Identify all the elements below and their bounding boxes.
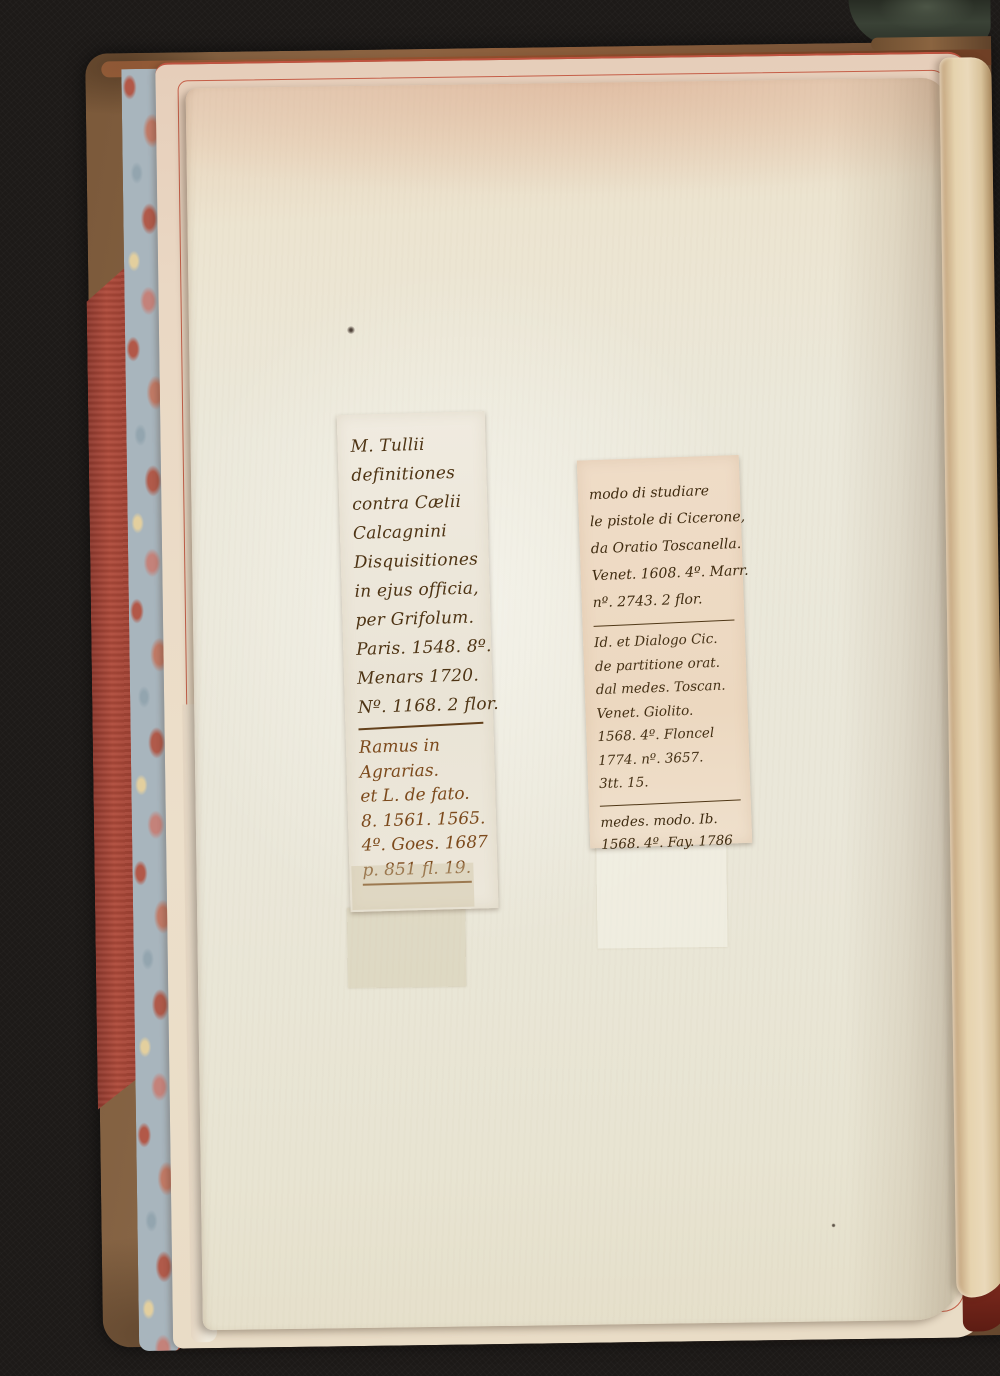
slip-text-line: Paris. 1548. 8º. <box>356 632 484 665</box>
slip-text-line: definitiones <box>351 458 479 491</box>
slip-text-line: in ejus officia, <box>354 574 482 607</box>
slip-text-line: nº. 2743. 2 flor. <box>592 585 736 617</box>
tape-residue-left <box>347 907 466 989</box>
catalog-slip-left: M. Tullii definitiones contra Cælii Calc… <box>337 411 499 912</box>
slip-text-line: Venet. 1608. 4º. Marr. <box>591 558 735 590</box>
slip-divider <box>594 620 735 627</box>
slip-text-line: per Grifolum. <box>355 603 483 636</box>
slip-text-line: contra Cælii <box>352 487 480 520</box>
tape-residue-on-slip <box>351 863 474 910</box>
slip-divider <box>358 722 483 731</box>
slip-text-line: Ramus in <box>359 732 487 760</box>
slip-text-line: et L. de fato. <box>360 781 488 809</box>
book: M. Tullii definitiones contra Cælii Calc… <box>0 0 1000 1376</box>
slip-entry: modo di studiare le pistole di Cicerone,… <box>589 477 737 617</box>
slip-text-line: 8. 1561. 1565. <box>361 806 489 834</box>
slip-divider <box>600 799 741 806</box>
paper-speck <box>347 326 355 334</box>
slip-text-line: Menars 1720. <box>357 661 485 694</box>
slip-entry: Id. et Dialogo Cic. de partitione orat. … <box>594 627 743 796</box>
slip-text-line: Agrarias. <box>359 757 487 785</box>
slip-text-line: dal medes. Toscan. <box>595 674 739 702</box>
slip-entry: M. Tullii definitiones contra Cælii Calc… <box>350 429 485 722</box>
adjacent-binding-corner <box>848 0 991 47</box>
flyleaf-page <box>186 78 963 1330</box>
catalog-slip-right: modo di studiare le pistole di Cicerone,… <box>577 455 752 848</box>
slip-text-line: 4º. Goes. 1687 <box>361 830 489 858</box>
slip-text-line: Disquisitiones <box>353 545 481 578</box>
slip-text-line: M. Tullii <box>350 429 478 462</box>
slip-text-line: Nº. 1168. 2 flor. <box>357 690 485 723</box>
paper-speck <box>832 1223 836 1227</box>
book-photo: M. Tullii definitiones contra Cælii Calc… <box>0 0 1000 1376</box>
slip-entry: medes. modo. Ib. 1568. 4º. Fay. 1786 <box>600 807 744 856</box>
slip-text-line: 3tt. 15. <box>599 768 743 796</box>
slip-text-line: Calcagnini <box>353 516 481 549</box>
